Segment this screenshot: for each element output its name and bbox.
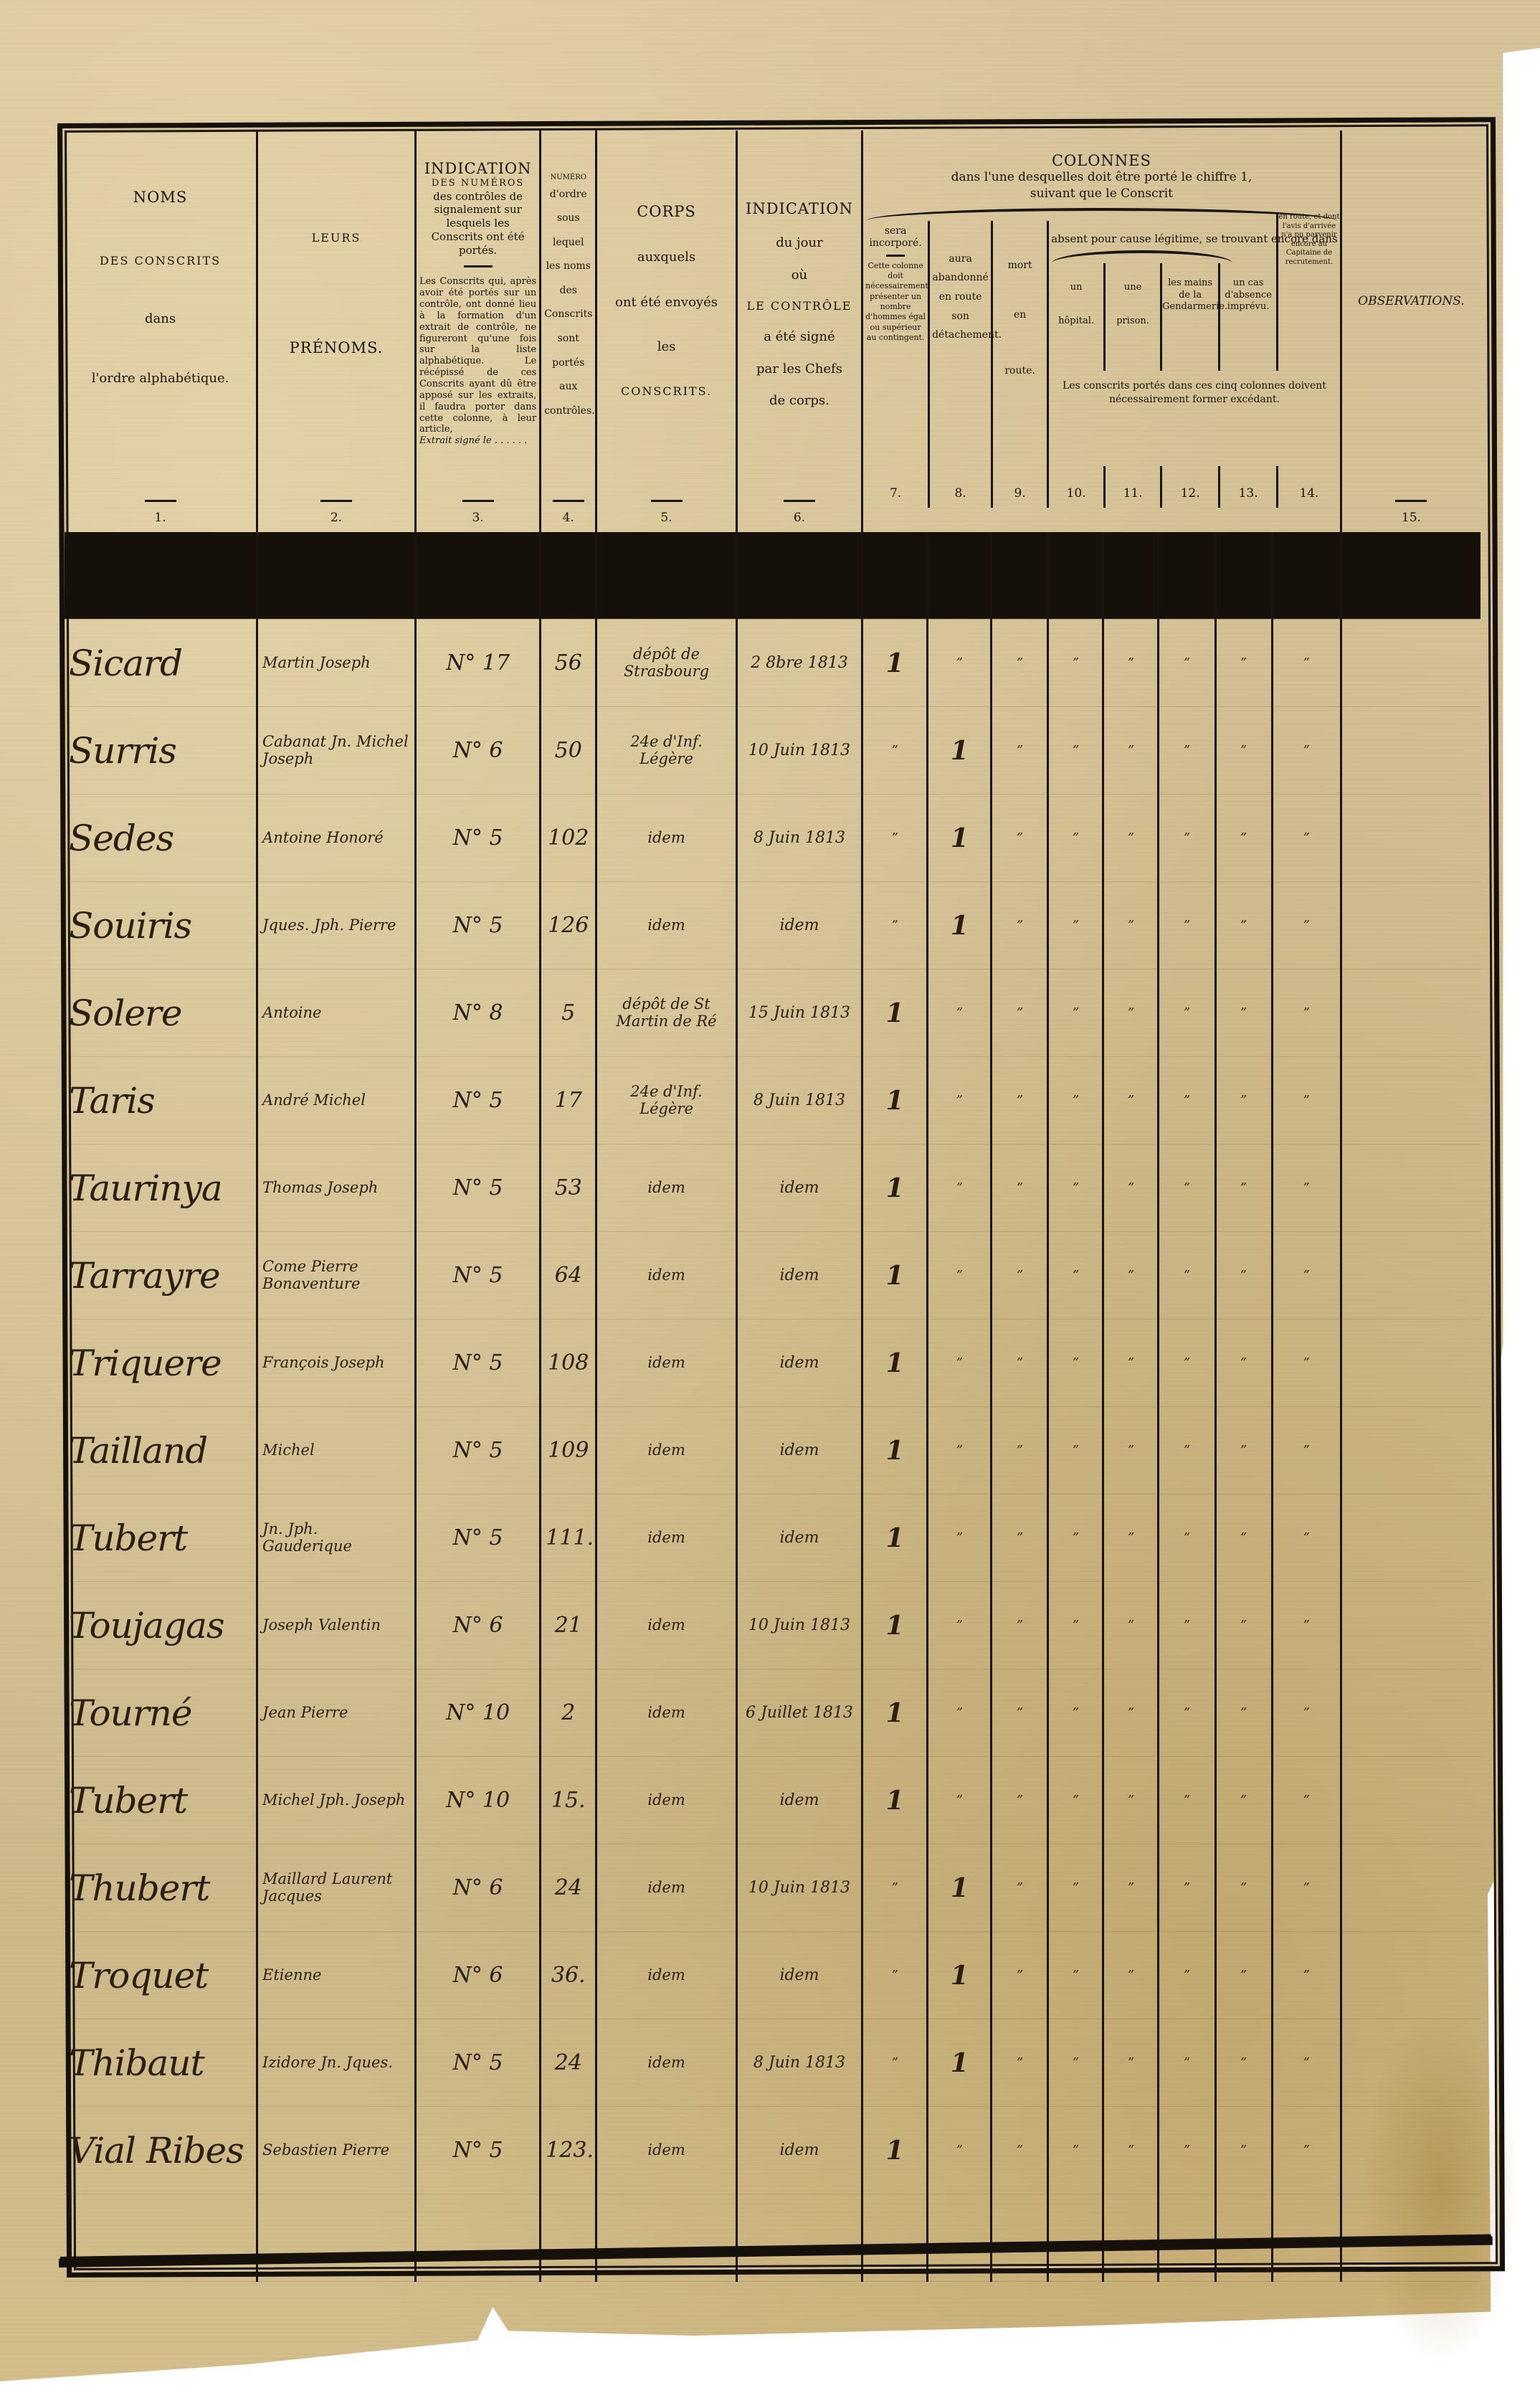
controle-number-text: N° 5 (421, 913, 535, 938)
cell-col14: ” (1272, 1494, 1341, 1582)
ditto-mark: ” (1278, 918, 1336, 933)
tally-mark: 1 (933, 1961, 986, 1991)
header-text: des contrôles de signalement sur lesquel… (419, 190, 536, 257)
cell-controle-number: N° 5 (415, 1319, 540, 1407)
cell-col8: ” (928, 970, 992, 1057)
ditto-mark: ” (1108, 1618, 1153, 1633)
corps-text: idem (602, 1180, 731, 1196)
cell-surname: Tailland (65, 1407, 257, 1494)
ditto-mark: ” (1108, 1005, 1153, 1020)
ditto-mark: ” (1053, 1880, 1098, 1895)
table-row: ThubertMaillard Laurent JacquesN° 624ide… (65, 1844, 1480, 1932)
ditto-mark: ” (1108, 1355, 1153, 1370)
ditto-mark: ” (1108, 743, 1153, 758)
header-text: NUMÉRO (544, 174, 592, 183)
controle-number-text: N° 5 (421, 2050, 535, 2075)
cell-col13: ” (1215, 1494, 1272, 1582)
prenoms-text: André Michel (262, 1092, 410, 1109)
ditto-mark: ” (868, 743, 922, 758)
header-note: Extrait signé le . . . . . . (419, 435, 536, 447)
cell-col8: ” (928, 1144, 992, 1232)
cell-col10: ” (1048, 1932, 1103, 2019)
ordre-number-text: 111. (546, 1525, 591, 1550)
surname-text: Triquere (69, 1342, 252, 1384)
header-indication-numeros: INDICATION DES NUMÉROS des contrôles de … (415, 131, 540, 532)
ditto-mark: ” (933, 1705, 986, 1720)
conscript-register-table: NOMS DES CONSCRITS dans l'ordre alphabét… (65, 131, 1480, 2282)
cell-corps: idem (596, 1757, 737, 1844)
column-number: 7. (863, 486, 928, 501)
prenoms-text: Antoine Honoré (262, 830, 410, 846)
surname-text: Solere (69, 992, 252, 1034)
num-col12: 12. (1160, 466, 1218, 508)
cell-controle-number: N° 10 (415, 1669, 540, 1757)
tally-mark: 1 (868, 1173, 922, 1203)
cell-ordre-number: 102 (541, 795, 596, 882)
cell-col13: ” (1215, 970, 1272, 1057)
rule (145, 500, 176, 502)
cell-col12: ” (1159, 795, 1215, 882)
cell-col8: ” (928, 2107, 992, 2194)
cell-controle-number: N° 5 (415, 2019, 540, 2107)
ditto-mark: ” (1221, 830, 1267, 845)
ditto-mark: ” (1221, 1093, 1267, 1108)
ditto-mark: ” (1164, 1880, 1209, 1895)
ditto-mark: ” (1164, 1968, 1209, 1983)
controle-number-text: N° 5 (421, 1350, 535, 1375)
cell-col7: 1 (862, 2107, 928, 2194)
cell-col9: ” (992, 1757, 1048, 1844)
rule (462, 500, 494, 502)
cell-col9: ” (992, 970, 1048, 1057)
ditto-mark: ” (997, 1880, 1042, 1895)
cell-col8: ” (928, 1757, 992, 1844)
ditto-mark: ” (1164, 1180, 1209, 1195)
cell-prenoms: Michel Jph. Joseph (257, 1757, 416, 1844)
header-col8: aura abandonné en route son détachement.… (928, 221, 991, 508)
cell-controle-number: N° 6 (415, 1844, 540, 1932)
header-text: les mains de la Gendarmerie. (1162, 278, 1218, 313)
corps-text: idem (602, 1617, 731, 1634)
surname-text: Thibaut (69, 2042, 252, 2084)
cell-prenoms: Come Pierre Bonaventure (257, 1232, 416, 1319)
ordre-number-text: 24 (546, 2050, 591, 2075)
tally-mark: 1 (868, 1436, 922, 1466)
ditto-mark: ” (1053, 1180, 1098, 1195)
cell-col10: ” (1048, 1669, 1103, 1757)
cell-surname: Tourné (65, 1669, 257, 1757)
table-row: SurrisCabanat Jn. Michel JosephN° 65024e… (65, 707, 1480, 795)
colonnes-subtitle: suivant que le Conscrit (863, 186, 1340, 202)
cell-col10: ” (1048, 1057, 1103, 1144)
cell-control-date: 6 Juillet 1813 (736, 1669, 862, 1757)
prenoms-text: Thomas Joseph (262, 1180, 410, 1196)
header-col9: mort en route. 9. (991, 221, 1047, 508)
tally-mark: 1 (868, 648, 922, 678)
cell-col11: ” (1103, 2019, 1159, 2107)
cell-surname: Souiris (65, 882, 257, 970)
cell-col14: ” (1272, 1144, 1341, 1232)
ditto-mark: ” (1278, 1880, 1336, 1895)
cell-col14: ” (1272, 1844, 1341, 1932)
tally-mark: 1 (933, 823, 986, 853)
ditto-mark: ” (1053, 655, 1098, 670)
cell-observations (1341, 1669, 1480, 1757)
cell-col9: ” (992, 1582, 1048, 1669)
cell-col12: ” (1159, 1057, 1215, 1144)
header-text: OBSERVATIONS. (1345, 294, 1478, 309)
cell-prenoms: André Michel (257, 1057, 416, 1144)
control-date-text: 2 8bre 1813 (742, 654, 857, 672)
ditto-mark: ” (1164, 830, 1209, 845)
table-row: TournéJean PierreN° 102idem6 Juillet 181… (65, 1669, 1480, 1757)
cell-controle-number: N° 5 (415, 2107, 540, 2194)
header-col13: un cas d'absence imprévu. (1218, 263, 1276, 371)
surname-text: Sedes (69, 817, 252, 859)
ditto-mark: ” (1164, 1443, 1209, 1458)
cell-col14: ” (1272, 620, 1341, 707)
column-number: 2. (258, 511, 414, 525)
prenoms-text: Antoine (262, 1005, 410, 1021)
tally-mark: 1 (868, 1086, 922, 1116)
header-text: INDICATION (419, 159, 536, 178)
cell-col8: ” (928, 1407, 992, 1494)
surname-text: Surris (69, 730, 252, 772)
cell-col7: ” (862, 1844, 928, 1932)
surname-text: Thubert (69, 1867, 252, 1909)
cell-col10: ” (1048, 1757, 1103, 1844)
cell-ordre-number: 64 (541, 1232, 596, 1319)
cell-observations (1341, 2019, 1480, 2107)
column-number: 12. (1162, 486, 1218, 501)
cell-ordre-number: 111. (541, 1494, 596, 1582)
prenoms-text: Jques. Jph. Pierre (262, 917, 410, 934)
ditto-mark: ” (1221, 1443, 1267, 1458)
cell-col10: ” (1048, 1844, 1103, 1932)
header-col10: un hôpital. (1049, 263, 1103, 371)
cell-col13: ” (1215, 1932, 1272, 2019)
ditto-mark: ” (933, 1443, 986, 1458)
control-date-text: idem (742, 1179, 857, 1197)
tally-mark: 1 (933, 2048, 986, 2078)
table-row: TarrayreCome Pierre BonaventureN° 564ide… (65, 1232, 1480, 1319)
absent-numbers: 10. 11. 12. 13. 14. (1049, 466, 1340, 508)
ditto-mark: ” (1221, 743, 1267, 758)
cell-col10: ” (1048, 1232, 1103, 1319)
ditto-mark: ” (997, 1355, 1042, 1370)
cell-controle-number: N° 6 (415, 707, 540, 795)
prenoms-text: Maillard Laurent Jacques (262, 1871, 410, 1904)
ditto-mark: ” (1053, 1443, 1098, 1458)
cell-corps: 24e d'Inf. Légère (596, 1057, 737, 1144)
empty-cell (1215, 2194, 1272, 2282)
cell-col14: ” (1272, 1319, 1341, 1407)
corps-text: idem (602, 1530, 731, 1546)
ditto-mark: ” (997, 1005, 1042, 1020)
header-text: en route, et dont l'avis d'arrivée n'a p… (1278, 213, 1340, 267)
cell-col14: ” (1272, 2107, 1341, 2194)
cell-col10: ” (1048, 1407, 1103, 1494)
ordre-number-text: 24 (546, 1875, 591, 1900)
ditto-mark: ” (1164, 1618, 1209, 1633)
header-text: route. (995, 365, 1045, 378)
control-date-text: idem (742, 1529, 857, 1547)
cell-col9: ” (992, 1494, 1048, 1582)
ditto-mark: ” (1164, 1793, 1209, 1808)
cell-col12: ” (1159, 620, 1215, 707)
cell-surname: Tubert (65, 1757, 257, 1844)
table-row: TarisAndré MichelN° 51724e d'Inf. Légère… (65, 1057, 1480, 1144)
table-row: SicardMartin JosephN° 1756dépôt de Stras… (65, 620, 1480, 707)
cell-col7: ” (862, 882, 928, 970)
ordre-number-text: 17 (546, 1088, 591, 1113)
cell-col9: ” (992, 795, 1048, 882)
cell-col12: ” (1159, 1844, 1215, 1932)
brace-rule (866, 208, 1337, 221)
cell-observations (1341, 1407, 1480, 1494)
cell-observations (1341, 1319, 1480, 1407)
cell-surname: Sedes (65, 795, 257, 882)
ditto-mark: ” (997, 830, 1042, 845)
cell-col8: ” (928, 1232, 992, 1319)
ditto-mark: ” (1053, 743, 1098, 758)
cell-col10: ” (1048, 2019, 1103, 2107)
cell-controle-number: N° 5 (415, 1144, 540, 1232)
colonnes-subtitle: dans l'une desquelles doit être porté le… (863, 169, 1340, 186)
table-row: TroquetEtienneN° 636.idemidem”1”””””” (65, 1932, 1480, 2019)
controle-number-text: N° 6 (421, 1875, 535, 1900)
cell-col8: ” (928, 1669, 992, 1757)
cell-observations (1341, 1582, 1480, 1669)
colonnes-heading: COLONNES dans l'une desquelles doit être… (863, 152, 1340, 221)
corps-text: idem (602, 2142, 731, 2158)
cell-corps: dépôt de Strasbourg (596, 620, 737, 707)
cell-col13: ” (1215, 1844, 1272, 1932)
ditto-mark: ” (1053, 830, 1098, 845)
ditto-mark: ” (1108, 1180, 1153, 1195)
ordre-number-text: 64 (546, 1263, 591, 1288)
register-body: SicardMartin JosephN° 1756dépôt de Stras… (65, 620, 1480, 2282)
cell-col8: 1 (928, 1844, 992, 1932)
ditto-mark: ” (1278, 1705, 1336, 1720)
cell-surname: Triquere (65, 1319, 257, 1407)
cell-col11: ” (1103, 620, 1159, 707)
num-col13: 13. (1218, 466, 1276, 508)
ditto-mark: ” (1108, 1968, 1153, 1983)
ordre-number-text: 102 (546, 825, 591, 850)
cell-control-date: 2 8bre 1813 (736, 620, 862, 707)
cell-col8: ” (928, 1057, 992, 1144)
column-number: 11. (1106, 486, 1160, 501)
ditto-mark: ” (1053, 1355, 1098, 1370)
cell-col10: ” (1048, 970, 1103, 1057)
ditto-mark: ” (933, 2143, 986, 2158)
ditto-mark: ” (1108, 1268, 1153, 1283)
control-date-text: 8 Juin 1813 (742, 1091, 857, 1109)
header-text: les (600, 339, 733, 356)
cell-prenoms: Antoine Honoré (257, 795, 416, 882)
cell-corps: 24e d'Inf. Légère (596, 707, 737, 795)
cell-surname: Sicard (65, 620, 257, 707)
cell-col12: ” (1159, 1494, 1215, 1582)
cell-corps: idem (596, 1144, 737, 1232)
corps-text: idem (602, 1355, 731, 1371)
cell-col8: 1 (928, 795, 992, 882)
cell-col7: 1 (862, 1582, 928, 1669)
ditto-mark: ” (1164, 1530, 1209, 1545)
ditto-mark: ” (1164, 2055, 1209, 2070)
cell-observations (1341, 1932, 1480, 2019)
cell-col9: ” (992, 2107, 1048, 2194)
ditto-mark: ” (1108, 1880, 1153, 1895)
empty-cell (415, 2194, 540, 2282)
cell-col14: ” (1272, 1407, 1341, 1494)
header-note: Cette colonne doit nécessairement présen… (865, 261, 926, 343)
cell-surname: Vial Ribes (65, 2107, 257, 2194)
corps-text: dépôt de St Martin de Ré (602, 996, 731, 1029)
ditto-mark: ” (1221, 1530, 1267, 1545)
ditto-mark: ” (1278, 2055, 1336, 2070)
ditto-mark: ” (1221, 1005, 1267, 1020)
cell-col11: ” (1103, 1232, 1159, 1319)
header-text: a été signé (741, 329, 858, 346)
cell-col12: ” (1159, 707, 1215, 795)
ditto-mark: ” (1164, 2143, 1209, 2158)
cell-col9: ” (992, 1232, 1048, 1319)
cell-col10: ” (1048, 707, 1103, 795)
corps-text: idem (602, 1442, 731, 1459)
ditto-mark: ” (997, 1968, 1042, 1983)
prenoms-text: François Joseph (262, 1355, 410, 1371)
header-text: dans (67, 311, 253, 328)
header-text: CORPS (600, 202, 733, 221)
corps-text: idem (602, 830, 731, 846)
header-col11: une prison. (1103, 263, 1160, 371)
tally-mark: 1 (868, 1261, 922, 1291)
table-row: TaurinyaThomas JosephN° 553idemidem1””””… (65, 1144, 1480, 1232)
corps-text: idem (602, 1880, 731, 1896)
cell-surname: Solere (65, 970, 257, 1057)
cell-corps: idem (596, 1582, 737, 1669)
cell-col14: ” (1272, 882, 1341, 970)
cell-corps: idem (596, 2107, 737, 2194)
header-col12: les mains de la Gendarmerie. (1160, 263, 1218, 371)
control-date-text: 6 Juillet 1813 (742, 1704, 857, 1722)
cell-control-date: 8 Juin 1813 (736, 2019, 862, 2107)
cell-col14: ” (1272, 1057, 1341, 1144)
cell-ordre-number: 53 (541, 1144, 596, 1232)
rule (651, 500, 683, 502)
header-text: prison. (1106, 316, 1160, 327)
cell-col13: ” (1215, 1582, 1272, 1669)
cell-control-date: 10 Juin 1813 (736, 1844, 862, 1932)
cell-col11: ” (1103, 1757, 1159, 1844)
empty-cell (65, 2194, 257, 2282)
ditto-mark: ” (997, 2055, 1042, 2070)
cell-observations (1341, 1232, 1480, 1319)
cell-ordre-number: 108 (541, 1319, 596, 1407)
ditto-mark: ” (997, 1180, 1042, 1195)
cell-col13: ” (1215, 1757, 1272, 1844)
controle-number-text: N° 8 (421, 1000, 535, 1025)
cell-col9: ” (992, 882, 1048, 970)
control-date-text: idem (742, 1966, 857, 1984)
header-noms: NOMS DES CONSCRITS dans l'ordre alphabét… (65, 131, 257, 532)
cell-controle-number: N° 5 (415, 1407, 540, 1494)
cell-observations (1341, 882, 1480, 970)
ditto-mark: ” (868, 918, 922, 933)
ordre-number-text: 50 (546, 738, 591, 763)
ditto-mark: ” (1053, 1093, 1098, 1108)
num-col10: 10. (1049, 466, 1103, 508)
ditto-mark: ” (1108, 2055, 1153, 2070)
tally-mark: 1 (868, 1523, 922, 1553)
ditto-mark: ” (1221, 1355, 1267, 1370)
header-text: LEURS (261, 231, 412, 245)
column-number: 8. (930, 486, 991, 501)
ditto-mark: ” (933, 1180, 986, 1195)
rule (1395, 500, 1427, 502)
surname-text: Tailland (69, 1430, 252, 1471)
control-date-text: idem (742, 2141, 857, 2159)
cell-col9: ” (992, 707, 1048, 795)
corps-text: idem (602, 1705, 731, 1721)
cell-col8: 1 (928, 882, 992, 970)
empty-cell (1272, 2194, 1341, 2282)
cell-col12: ” (1159, 1144, 1215, 1232)
ditto-mark: ” (997, 1268, 1042, 1283)
cell-surname: Thibaut (65, 2019, 257, 2107)
cell-controle-number: N° 5 (415, 1494, 540, 1582)
column-number: 1. (65, 511, 256, 525)
prenoms-text: Joseph Valentin (262, 1617, 410, 1634)
tally-mark: 1 (868, 1698, 922, 1728)
ditto-mark: ” (1278, 1618, 1336, 1633)
ditto-mark: ” (1221, 1793, 1267, 1808)
cell-prenoms: François Joseph (257, 1319, 416, 1407)
controle-number-text: N° 5 (421, 825, 535, 850)
cell-col13: ” (1215, 2019, 1272, 2107)
ditto-mark: ” (1053, 1530, 1098, 1545)
ditto-mark: ” (997, 2143, 1042, 2158)
ditto-mark: ” (1221, 2055, 1267, 2070)
cell-col9: ” (992, 1669, 1048, 1757)
rule (464, 265, 493, 267)
num-col14: 14. (1276, 466, 1340, 508)
ditto-mark: ” (997, 1618, 1042, 1633)
cell-control-date: idem (736, 2107, 862, 2194)
ditto-mark: ” (933, 1355, 986, 1370)
cell-prenoms: Antoine (257, 970, 416, 1057)
control-date-text: 10 Juin 1813 (742, 1616, 857, 1634)
cell-col13: ” (1215, 795, 1272, 882)
ordre-number-text: 109 (546, 1438, 591, 1463)
cell-surname: Troquet (65, 1932, 257, 2019)
ditto-mark: ” (1053, 1793, 1098, 1808)
cell-prenoms: Michel (257, 1407, 416, 1494)
corps-text: idem (602, 917, 731, 934)
cell-control-date: 8 Juin 1813 (736, 795, 862, 882)
cell-corps: idem (596, 1319, 737, 1407)
header-text: un (1049, 282, 1103, 293)
cell-controle-number: N° 17 (415, 620, 540, 707)
surname-text: Taurinya (69, 1167, 252, 1209)
header-bottom-rule (65, 532, 1480, 620)
cell-col9: ” (992, 1319, 1048, 1407)
header-text: LE CONTRÔLE (741, 299, 858, 313)
cell-col12: ” (1159, 1932, 1215, 2019)
cell-controle-number: N° 5 (415, 1232, 540, 1319)
